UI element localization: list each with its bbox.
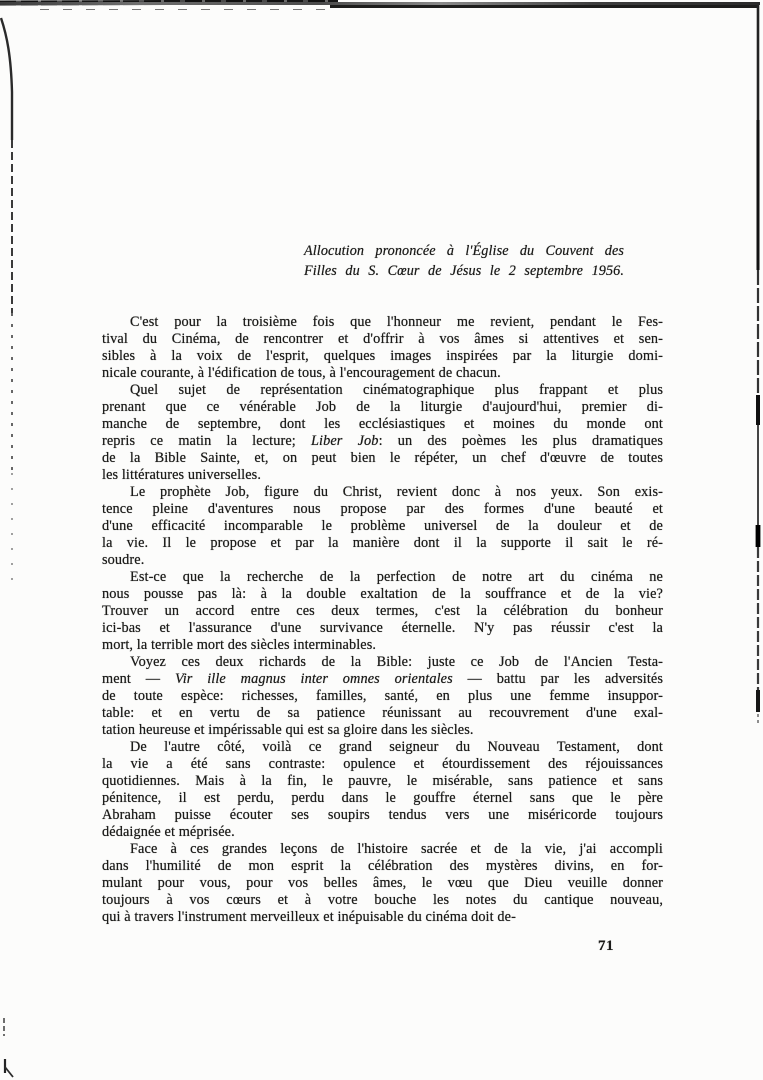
text-line: mulant pour vous, pour vos belles âmes, … bbox=[102, 875, 663, 892]
scan-edge-right bbox=[753, 0, 763, 740]
text-line: mort, la terrible mort des siècles inter… bbox=[102, 637, 663, 654]
text-line: de toute espèce: richesses, familles, sa… bbox=[102, 688, 663, 705]
text-line: sibles à la voix de l'esprit, quelques i… bbox=[102, 348, 663, 365]
text-line: tation heureuse et impérissable qui est … bbox=[102, 722, 663, 739]
document-page: Allocution prononcée à l'Église du Couve… bbox=[0, 0, 763, 1080]
text-line: tence pleine d'aventures nous propose pa… bbox=[102, 501, 663, 518]
text-line: table: et en vertu de sa patience réunis… bbox=[102, 705, 663, 722]
text-line: Quel sujet de représentation cinématogra… bbox=[102, 382, 663, 399]
text-line: nicale courante, à l'édification de tous… bbox=[102, 365, 663, 382]
text-line: Le prophète Job, figure du Christ, revie… bbox=[102, 484, 663, 501]
text-line: d'une efficacité incomparable le problèm… bbox=[102, 518, 663, 535]
text-line: tival du Cinéma, de rencontrer et d'offr… bbox=[102, 331, 663, 348]
text-line: Face à ces grandes leçons de l'histoire … bbox=[102, 841, 663, 858]
text-line: de la Bible Sainte, et, on peut bien le … bbox=[102, 450, 663, 467]
text-line: dédaignée et méprisée. bbox=[102, 824, 663, 841]
text-line: la vie. Il le propose et par la manière … bbox=[102, 535, 663, 552]
text-line: les littératures universelles. bbox=[102, 467, 663, 484]
text-line: De l'autre côté, voilà ce grand seigneur… bbox=[102, 739, 663, 756]
text-line: ici-bas et l'assurance d'une survivance … bbox=[102, 620, 663, 637]
text-line: Est-ce que la recherche de la perfection… bbox=[102, 569, 663, 586]
text-line: pénitence, il est perdu, perdu dans le g… bbox=[102, 790, 663, 807]
text-line: toujours à vos cœurs et à votre bouche l… bbox=[102, 892, 663, 909]
scan-edge-left bbox=[0, 8, 24, 588]
text-line: la vie a été sans contraste: opulence et… bbox=[102, 756, 663, 773]
text-body: C'est pour la troisième fois que l'honne… bbox=[102, 314, 663, 926]
text-line: manche de septembre, dont les ecclésiast… bbox=[102, 416, 663, 433]
text-line: repris ce matin la lecture; Liber Job: u… bbox=[102, 433, 663, 450]
dedication: Allocution prononcée à l'Église du Couve… bbox=[304, 241, 624, 281]
text-line: prenant que ce vénérable Job de la litur… bbox=[102, 399, 663, 416]
text-line: nous pousse pas là: à la double exaltati… bbox=[102, 586, 663, 603]
text-line: ment — Vir ille magnus inter omnes orien… bbox=[102, 671, 663, 688]
text-line: quotidiennes. Mais à la fin, le pauvre, … bbox=[102, 773, 663, 790]
text-line: Trouver un accord entre ces deux termes,… bbox=[102, 603, 663, 620]
page-number: 71 bbox=[598, 938, 614, 955]
text-line: Voyez ces deux richards de la Bible: jus… bbox=[102, 654, 663, 671]
scan-edge-top-dashes bbox=[40, 9, 330, 10]
text-line: qui à travers l'instrument merveilleux e… bbox=[102, 909, 663, 926]
dedication-line: Allocution prononcée à l'Église du Couve… bbox=[304, 241, 624, 261]
scan-edge-top-rule bbox=[330, 5, 759, 8]
text-line: Abraham puisse écouter ses soupirs tendu… bbox=[102, 807, 663, 824]
scan-mark-bottom-left bbox=[0, 1015, 20, 1080]
dedication-line: Filles du S. Cœur de Jésus le 2 septembr… bbox=[304, 261, 624, 281]
text-line: dans l'humilité de mon esprit la célébra… bbox=[102, 858, 663, 875]
text-line: soudre. bbox=[102, 552, 663, 569]
text-line: C'est pour la troisième fois que l'honne… bbox=[102, 314, 663, 331]
